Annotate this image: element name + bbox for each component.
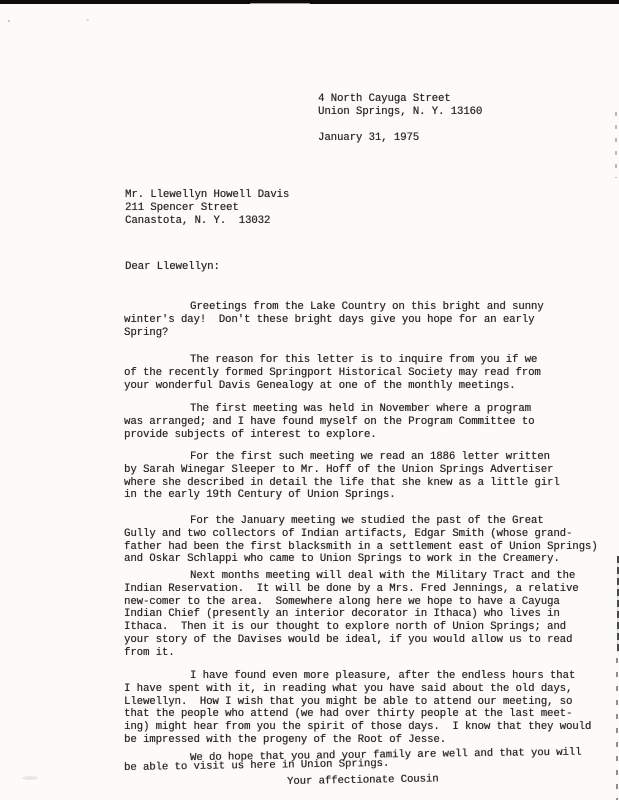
paragraph-line: in the early 19th Century of Union Sprin… bbox=[124, 489, 560, 502]
paragraph-line: of the recently formed Springport Histor… bbox=[124, 367, 541, 380]
paragraph-line: new-comer to the area. Somewhere along h… bbox=[124, 596, 579, 609]
sender-address-block: 4 North Cayuga Street Union Springs, N. … bbox=[318, 93, 482, 119]
paragraph-line: that the people who attend (we had over … bbox=[124, 708, 591, 721]
paragraph-line: be impressed with the progeny of the Roo… bbox=[124, 734, 591, 747]
letter-date: January 31, 1975 bbox=[318, 132, 419, 144]
scan-speck bbox=[86, 19, 89, 21]
paragraph: Greetings from the Lake Country on this … bbox=[124, 301, 544, 339]
paragraph-line: was arranged; and I have found myself on… bbox=[124, 416, 534, 429]
paragraph-line: ing) might hear from you the spirit of t… bbox=[124, 721, 591, 734]
paragraph: The reason for this letter is to inquire… bbox=[124, 354, 541, 392]
signature-line: Your affectionate Cousin bbox=[287, 773, 439, 788]
paragraph-line: Ithaca. Then it is our thought to explor… bbox=[124, 621, 579, 634]
paragraph-line: Indian Reservation. It will be done by a… bbox=[124, 583, 579, 596]
recipient-city: Canastota, N. Y. 13032 bbox=[125, 215, 289, 228]
paragraph: Next months meeting will deal with the M… bbox=[124, 570, 579, 660]
paragraph-line: by Sarah Winegar Sleeper to Mr. Hoff of … bbox=[124, 464, 560, 477]
scanned-letter-page: 4 North Cayuga Street Union Springs, N. … bbox=[0, 0, 619, 800]
scan-edge-artifact-right-lower bbox=[616, 658, 618, 800]
paragraph-line: For the first such meeting we read an 18… bbox=[124, 451, 560, 464]
paragraph-line: For the January meeting we studied the p… bbox=[124, 515, 598, 528]
paragraph-line: your story of the Davises would be ideal… bbox=[124, 634, 579, 647]
paragraph-line: The reason for this letter is to inquire… bbox=[124, 354, 541, 367]
paragraph-line: I have spent with it, in reading what yo… bbox=[124, 683, 591, 696]
paragraph-line: winter's day! Don't these bright days gi… bbox=[124, 314, 544, 327]
paragraph-line: Spring? bbox=[124, 327, 544, 340]
paragraph-line: from it. bbox=[124, 647, 579, 660]
sender-address-city: Union Springs, N. Y. 13160 bbox=[318, 106, 482, 119]
recipient-address-block: Mr. Llewellyn Howell Davis 211 Spencer S… bbox=[125, 189, 289, 229]
recipient-name: Mr. Llewellyn Howell Davis bbox=[125, 189, 289, 202]
paragraph-line: where she described in detail the life t… bbox=[124, 477, 560, 490]
paragraph-line: Llewellyn. How I wish that you might be … bbox=[124, 696, 591, 709]
paragraph-line: The first meeting was held in November w… bbox=[124, 403, 534, 416]
paragraph: For the first such meeting we read an 18… bbox=[124, 451, 560, 502]
scan-speck bbox=[8, 20, 10, 22]
scan-speck bbox=[22, 776, 38, 780]
paragraph-line: Next months meeting will deal with the M… bbox=[124, 570, 579, 583]
scan-edge-artifact-right-upper bbox=[615, 112, 617, 178]
paragraph-line: father had been the first blacksmith in … bbox=[124, 541, 598, 554]
paragraph: I have found even more pleasure, after t… bbox=[124, 670, 591, 747]
paragraph-line: and Oskar Schlappi who came to Union Spr… bbox=[124, 553, 598, 566]
recipient-street: 211 Spencer Street bbox=[125, 202, 289, 215]
paragraph-line: Greetings from the Lake Country on this … bbox=[124, 301, 544, 314]
paragraph: For the January meeting we studied the p… bbox=[124, 515, 598, 566]
paragraph-line: Gully and two collectors of Indian artif… bbox=[124, 528, 598, 541]
paragraph-line: Indian Chief (presently an interior deco… bbox=[124, 608, 579, 621]
sender-address-street: 4 North Cayuga Street bbox=[318, 93, 482, 106]
paragraph-line: your wonderful Davis Genealogy at one of… bbox=[124, 380, 541, 393]
paragraph: The first meeting was held in November w… bbox=[124, 403, 534, 441]
paragraph-line: provide subjects of interest to explore. bbox=[124, 429, 534, 442]
paragraph-line: I have found even more pleasure, after t… bbox=[124, 670, 591, 683]
salutation: Dear Llewellyn: bbox=[125, 261, 220, 273]
scan-edge-artifact-top-notch bbox=[250, 3, 310, 5]
